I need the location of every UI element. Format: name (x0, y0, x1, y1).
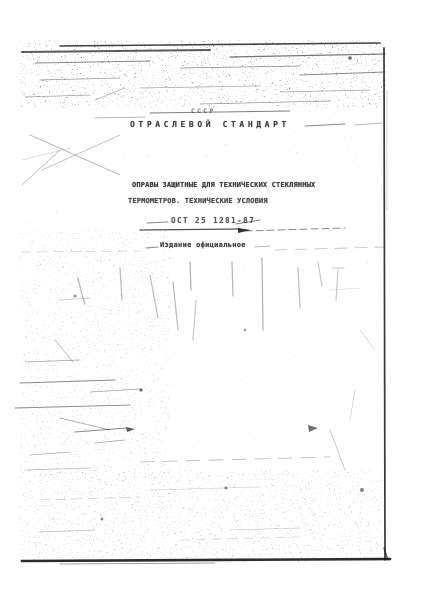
scanned-standard-page: СССР ОТРАСЛЕВОЙ СТАНДАРТ ОПРАВЫ ЗАЩИТНЫЕ… (0, 0, 427, 600)
edition-note: Издание официальное (160, 241, 246, 249)
document-title-line1: ОПРАВЫ ЗАЩИТНЫЕ ДЛЯ ТЕХНИЧЕСКИХ СТЕКЛЯНН… (132, 181, 315, 189)
document-title-line2: ТЕРМОМЕТРОВ. ТЕХНИЧЕСКИЕ УСЛОВИЯ (128, 197, 268, 205)
standard-number: ОСТ 25 1281-87 (171, 216, 255, 225)
document-type-heading: ОТРАСЛЕВОЙ СТАНДАРТ (130, 120, 290, 129)
country-label: СССР (191, 107, 215, 115)
scan-noise-layer (0, 0, 427, 600)
